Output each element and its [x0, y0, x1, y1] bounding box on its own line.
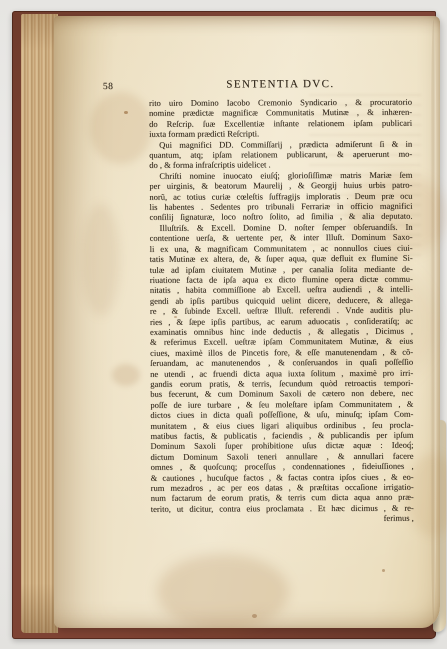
catchword: ferimus ,	[151, 513, 414, 525]
running-title: SENTENTIA DVC.	[149, 78, 412, 91]
text-line: tatis Mutinæ ex altera, de, & ſuper aqua…	[150, 253, 413, 265]
text-line: per uirginis, & beatorum Maurelij , & Ge…	[149, 180, 412, 192]
text-line: nitatis , habita commiſſione ab Excell. …	[150, 284, 413, 296]
text-line: omnes , & quoſcunq; proceſſus , condenna…	[151, 461, 414, 473]
text-line: ſeruandam, ac manutenendos , & conſeruan…	[150, 357, 413, 369]
text-line: do Reſcrip. ſuæ Excellentiæ inſtante rel…	[149, 118, 412, 130]
page-content: 58 SENTENTIA DVC. rito uiro Domino Iacob…	[54, 15, 443, 629]
page-stack-fore-edge	[21, 14, 58, 633]
book-page: 58 SENTENTIA DVC. rito uiro Domino Iacob…	[54, 16, 440, 628]
text-line: dictos ciues in dicta quaſi poſſeſſione,…	[150, 409, 413, 421]
text-line: quantum, atq; ipſam relationem publicaru…	[149, 149, 412, 161]
text-line: re , & ſubinde Excell. ueſtræ Illuſt. re…	[150, 305, 413, 317]
text-line: contentione uerſa, & uertente per, & int…	[150, 232, 413, 244]
text-line: terito, ut dicitur, contra eius proclama…	[151, 503, 414, 515]
page-number: 58	[103, 82, 114, 92]
book-photo: 58 SENTENTIA DVC. rito uiro Domino Iacob…	[0, 0, 447, 649]
body-text-block: rito uiro Domino Iacobo Cremonio Syndica…	[149, 97, 414, 525]
